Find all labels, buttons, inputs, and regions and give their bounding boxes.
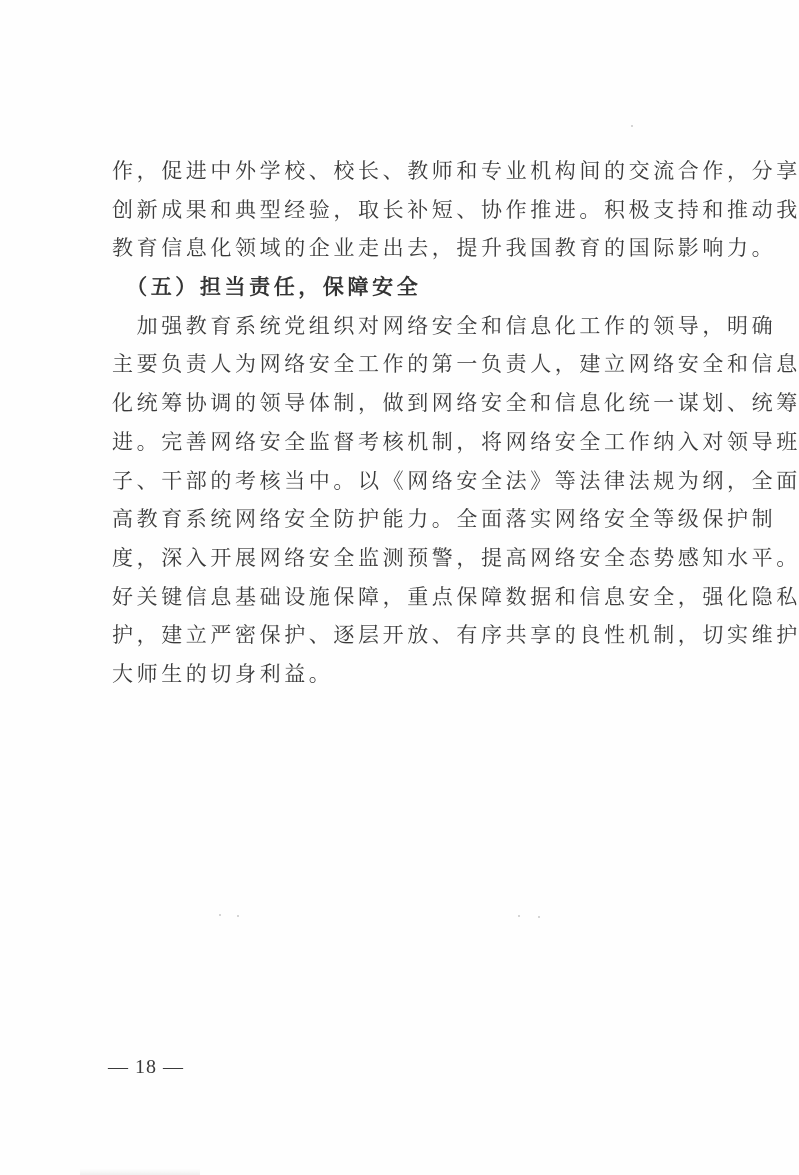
scan-speck <box>631 125 633 127</box>
paragraph-line: 作，促进中外学校、校长、教师和专业机构间的交流合作，分享教学 <box>112 152 692 191</box>
paragraph-line: 创新成果和典型经验，取长补短、协作推进。积极支持和推动我国 <box>112 191 692 230</box>
scan-speck <box>538 916 540 918</box>
paragraph-line: 主要负责人为网络安全工作的第一负责人，建立网络安全和信息 <box>112 345 692 384</box>
paragraph-line: 高教育系统网络安全防护能力。全面落实网络安全等级保护制 <box>112 500 692 539</box>
scan-edge-shadow <box>80 1168 200 1175</box>
paragraph-line: 教育信息化领域的企业走出去，提升我国教育的国际影响力。 <box>112 229 692 268</box>
scan-speck <box>237 915 239 917</box>
paragraph-line: 进。完善网络安全监督考核机制，将网络安全工作纳入对领导班 <box>112 423 692 462</box>
scan-speck <box>518 915 520 917</box>
paragraph-line: 化统筹协调的领导体制，做到网络安全和信息化统一谋划、统筹推 <box>112 384 692 423</box>
document-page: 作，促进中外学校、校长、教师和专业机构间的交流合作，分享教学 创新成果和典型经验… <box>0 0 799 1175</box>
section-heading: （五）担当责任，保障安全 <box>112 268 692 307</box>
paragraph-line: 子、干部的考核当中。以《网络安全法》等法律法规为纲，全面提 <box>112 462 692 501</box>
page-number: — 18 — <box>108 1056 184 1079</box>
paragraph-line: 大师生的切身利益。 <box>112 655 692 694</box>
paragraph-line: 加强教育系统党组织对网络安全和信息化工作的领导，明确 <box>112 307 692 346</box>
paragraph-line: 护，建立严密保护、逐层开放、有序共享的良性机制，切实维护好广 <box>112 616 692 655</box>
scan-speck <box>219 914 221 916</box>
document-body: 作，促进中外学校、校长、教师和专业机构间的交流合作，分享教学 创新成果和典型经验… <box>112 152 692 694</box>
paragraph-line: 度，深入开展网络安全监测预警，提高网络安全态势感知水平。做 <box>112 539 692 578</box>
paragraph-line: 好关键信息基础设施保障，重点保障数据和信息安全，强化隐私保 <box>112 578 692 617</box>
